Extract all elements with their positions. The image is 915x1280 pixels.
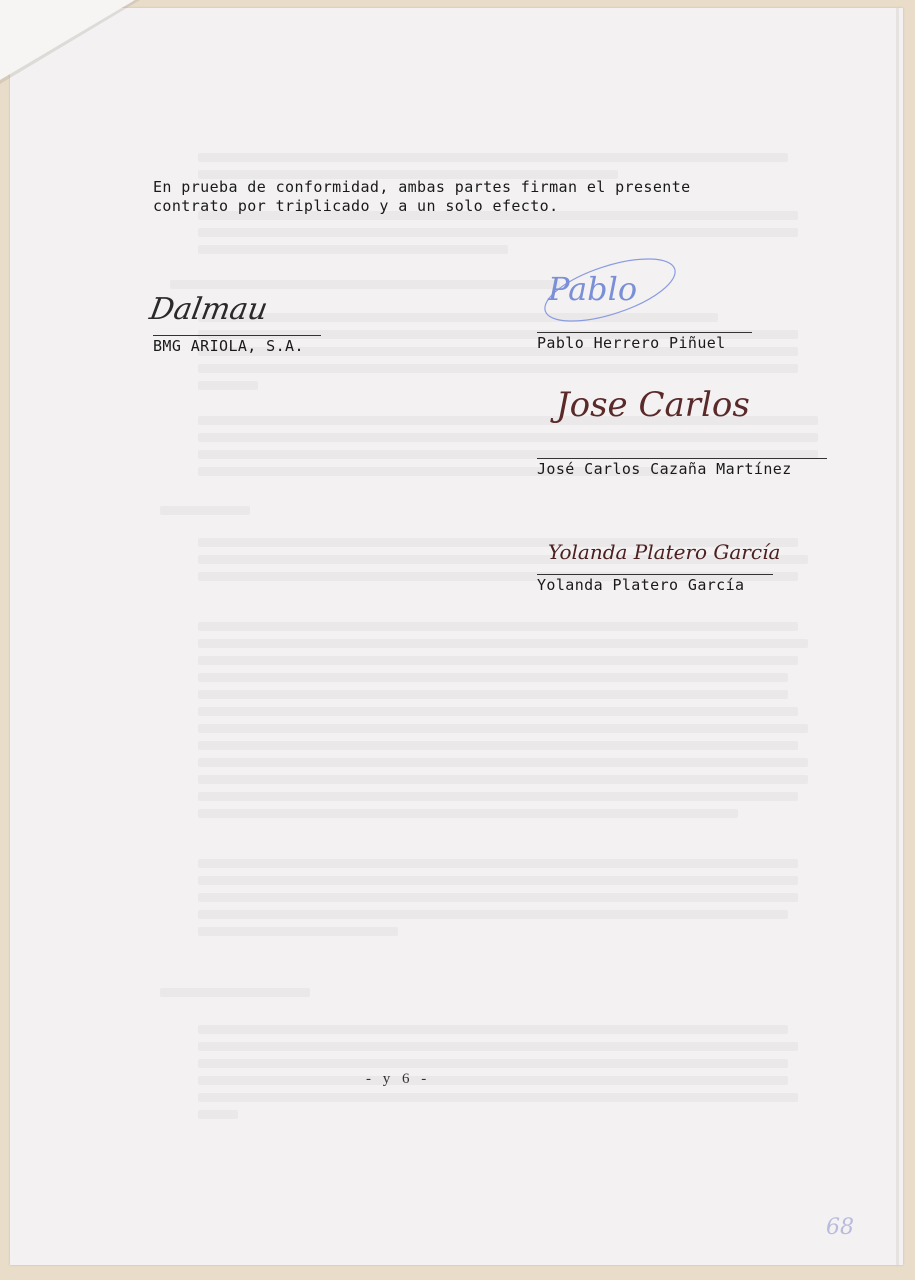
show-through-line	[198, 758, 808, 767]
show-through-line	[198, 792, 798, 801]
show-through-line	[198, 673, 788, 682]
show-through-line	[198, 153, 788, 162]
show-through-line	[198, 741, 798, 750]
signature-line	[537, 458, 827, 459]
show-through-line	[198, 364, 798, 373]
show-through-line	[198, 245, 508, 254]
show-through-line	[198, 1042, 798, 1051]
show-through-line	[160, 988, 310, 997]
show-through-line	[198, 1093, 798, 1102]
signature-jose-carlos: Jose Carlos	[556, 385, 750, 425]
show-through-line	[198, 1076, 788, 1085]
signatory-name-jose-carlos: José Carlos Cazaña Martínez	[537, 460, 792, 478]
signature-pablo: Pablo	[548, 270, 637, 308]
signature-bmg-ariola: Dalmau	[147, 292, 270, 327]
show-through-line	[198, 910, 788, 919]
show-through-line	[198, 876, 798, 885]
show-through-line	[198, 724, 808, 733]
signature-yolanda: Yolanda Platero García	[548, 540, 780, 564]
show-through-line	[198, 656, 798, 665]
signature-line	[537, 574, 773, 575]
signatory-name-yolanda: Yolanda Platero García	[537, 576, 744, 594]
show-through-line	[198, 893, 798, 902]
show-through-line	[170, 280, 560, 289]
page-number: - y 6 -	[366, 1071, 430, 1088]
show-through-line	[198, 775, 808, 784]
closing-paragraph-line-1: En prueba de conformidad, ambas partes f…	[153, 178, 691, 196]
show-through-line	[198, 690, 788, 699]
show-through-line	[198, 927, 398, 936]
show-through-line	[198, 622, 798, 631]
show-through-line	[198, 381, 258, 390]
handwritten-folio-number: 68	[826, 1215, 854, 1240]
show-through-line	[198, 809, 738, 818]
page-edge	[896, 8, 899, 1265]
show-through-line	[198, 1025, 788, 1034]
signature-line	[537, 332, 752, 333]
show-through-line	[198, 1110, 238, 1119]
show-through-line	[198, 433, 818, 442]
closing-paragraph-line-2: contrato por triplicado y a un solo efec…	[153, 197, 559, 215]
show-through-line	[198, 859, 798, 868]
show-through-line	[198, 639, 808, 648]
show-through-line	[198, 1059, 788, 1068]
signatory-name-bmg-ariola: BMG ARIOLA, S.A.	[153, 337, 304, 355]
signatory-name-pablo: Pablo Herrero Piñuel	[537, 334, 726, 352]
show-through-line	[198, 228, 798, 237]
signature-line	[153, 335, 321, 336]
show-through-line	[198, 707, 798, 716]
show-through-line	[160, 506, 250, 515]
